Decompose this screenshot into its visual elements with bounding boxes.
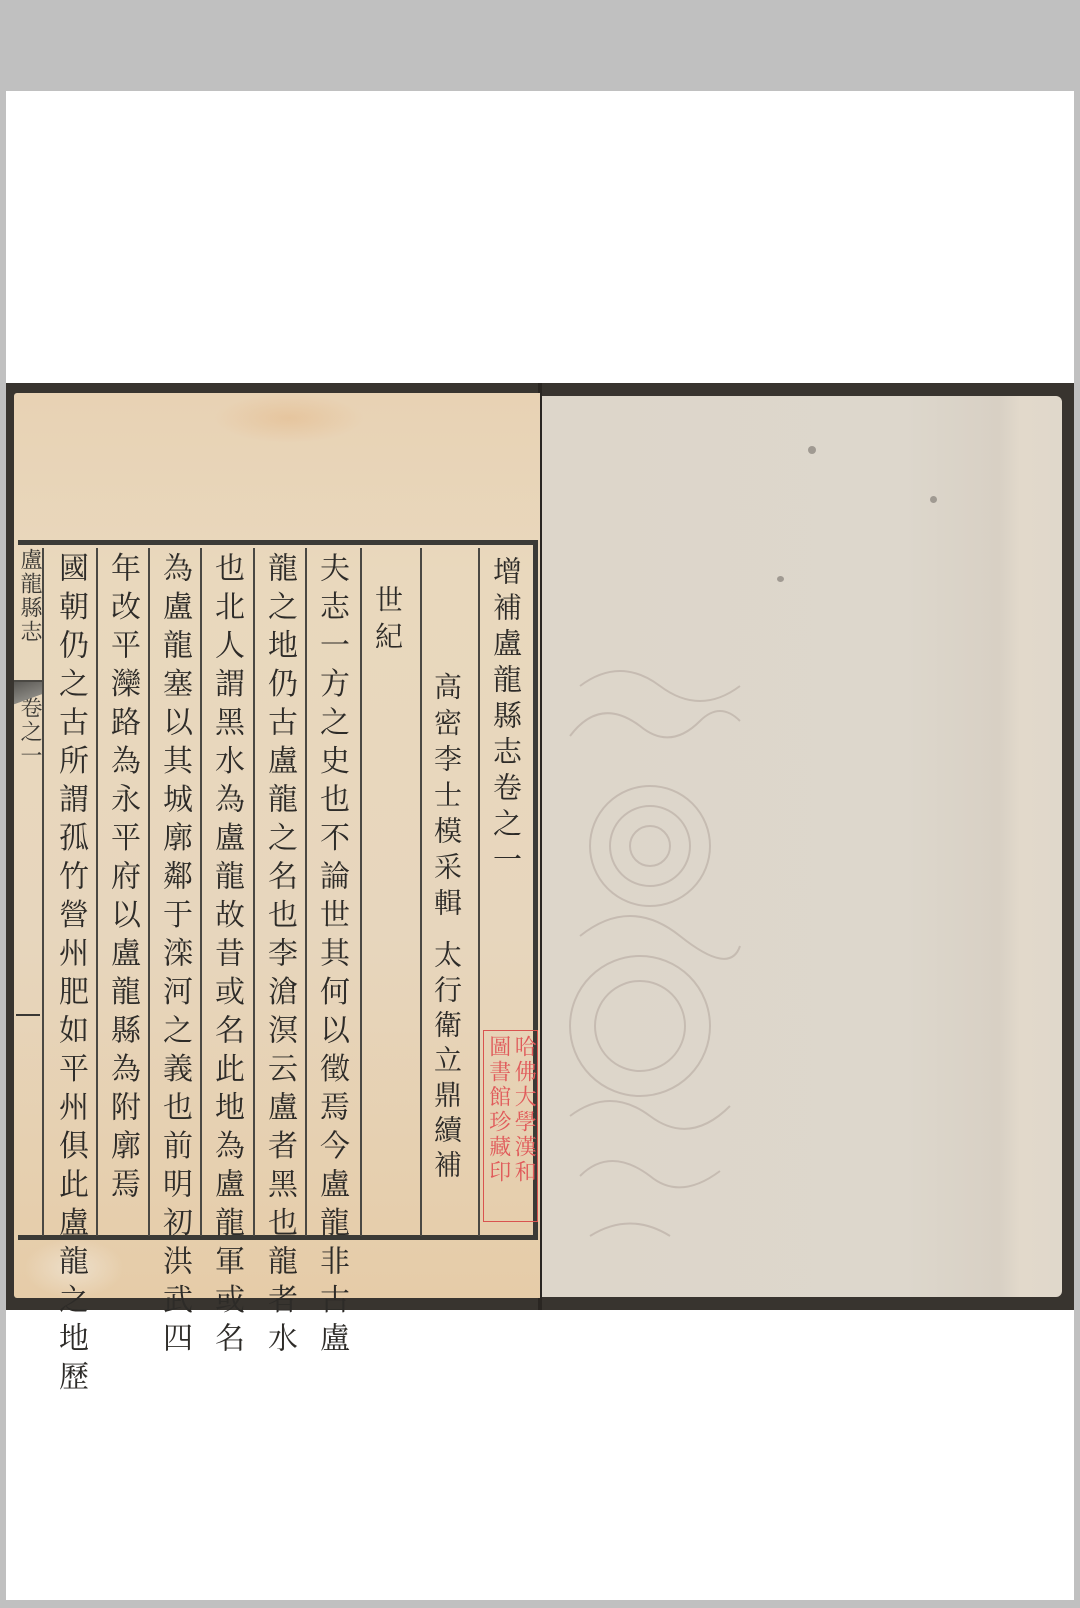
right-page-blank (540, 396, 1062, 1297)
compiler-credit: 高密李士模采輯 (428, 672, 464, 924)
spine-title: 盧龍縣志 (14, 548, 45, 644)
column-rule (420, 548, 422, 1236)
body-column-3: 也北人謂黑水為盧龍故昔或名此地為盧龍軍或名 (208, 552, 244, 1361)
spine-divider (14, 680, 44, 682)
paper-spot (808, 446, 816, 454)
section-heading: 世紀 (369, 585, 405, 658)
paper-spot (930, 496, 937, 503)
body-column-5: 年改平灤路為永平府以盧龍縣為附廓焉 (104, 552, 140, 1207)
column-rule (253, 548, 255, 1236)
spine-leaf-mark (16, 1014, 40, 1016)
library-seal-stamp: 哈佛大學漢和 圖書館珍藏印 (483, 1030, 538, 1222)
body-column-1: 夫志一方之史也不論世其何以徵焉今盧龍非古盧 (313, 552, 349, 1361)
column-rule (200, 548, 202, 1236)
column-rule (478, 548, 480, 1236)
banxin-spine: 盧龍縣志 卷之一 (14, 548, 44, 1228)
spine-border-line (42, 548, 44, 1236)
column-rule (96, 548, 98, 1236)
show-through-pattern-icon (560, 646, 760, 1266)
volume-title: 增補盧龍縣志卷之一 (488, 556, 524, 880)
body-column-2: 龍之地仍古盧龍之名也李滄溟云盧者黑也龍者水 (261, 552, 297, 1361)
column-rule (148, 548, 150, 1236)
viewer-top-bar (0, 0, 1080, 90)
body-column-4: 為盧龍塞以其城廓鄰于滦河之義也前明初洪武四 (156, 552, 192, 1361)
body-column-6: 國朝仍之古所謂孤竹營州肥如平州俱此盧龍之地歷 (52, 552, 88, 1399)
column-rule (305, 548, 307, 1236)
supplement-credit: 太行衛立鼎續補 (428, 940, 464, 1185)
column-rule (360, 548, 362, 1236)
seal-text-right: 哈佛大學漢和 (511, 1035, 535, 1217)
paper-spot (777, 576, 784, 582)
seal-text-left: 圖書館珍藏印 (486, 1035, 510, 1217)
fishtail-mark-icon (14, 682, 44, 708)
